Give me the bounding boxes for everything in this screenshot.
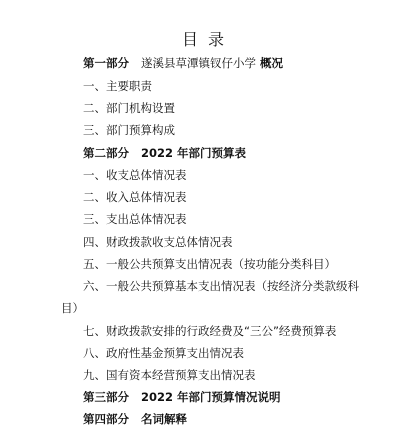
toc-item[interactable]: 六、一般公共预算基本支出情况表（按经济分类款级科 (83, 278, 359, 294)
toc-part-3[interactable]: 第三部分2022 年部门预算情况说明 (83, 389, 281, 405)
part-label: 第四部分 (83, 412, 129, 426)
toc-item[interactable]: 七、财政拨款安排的行政经费及“三公”经费预算表 (83, 323, 336, 339)
toc-item[interactable]: 四、财政拨款收支总体情况表 (83, 234, 233, 250)
toc-item[interactable]: 五、一般公共预算支出情况表（按功能分类科目） (83, 256, 336, 272)
part-title: 2022 年部门预算表 (141, 146, 246, 160)
toc-item[interactable]: 一、主要职责 (83, 78, 152, 94)
part-label: 第一部分 (83, 56, 129, 70)
part-title: 名词解释 (141, 412, 187, 426)
toc-item[interactable]: 九、国有资本经营预算支出情况表 (83, 367, 256, 383)
toc-item[interactable]: 三、支出总体情况表 (83, 211, 187, 227)
toc-item-continuation[interactable]: 目） (61, 300, 84, 316)
part-label: 第二部分 (83, 146, 129, 160)
toc-item[interactable]: 二、部门机构设置 (83, 100, 175, 116)
part-school-name: 遂溪县草潭镇钗仔小学 (141, 56, 256, 70)
toc-item[interactable]: 三、部门预算构成 (83, 122, 175, 138)
toc-item[interactable]: 二、收入总体情况表 (83, 189, 187, 205)
toc-part-2[interactable]: 第二部分2022 年部门预算表 (83, 145, 246, 161)
toc-part-4[interactable]: 第四部分名词解释 (83, 411, 187, 427)
toc-item[interactable]: 八、政府性基金预算支出情况表 (83, 345, 244, 361)
part-title: 概况 (260, 56, 283, 70)
part-title: 2022 年部门预算情况说明 (141, 390, 281, 404)
toc-item[interactable]: 一、收支总体情况表 (83, 167, 187, 183)
toc-title: 目录 (0, 30, 410, 50)
toc-part-1[interactable]: 第一部分遂溪县草潭镇钗仔小学 概况 (83, 55, 283, 71)
part-label: 第三部分 (83, 390, 129, 404)
